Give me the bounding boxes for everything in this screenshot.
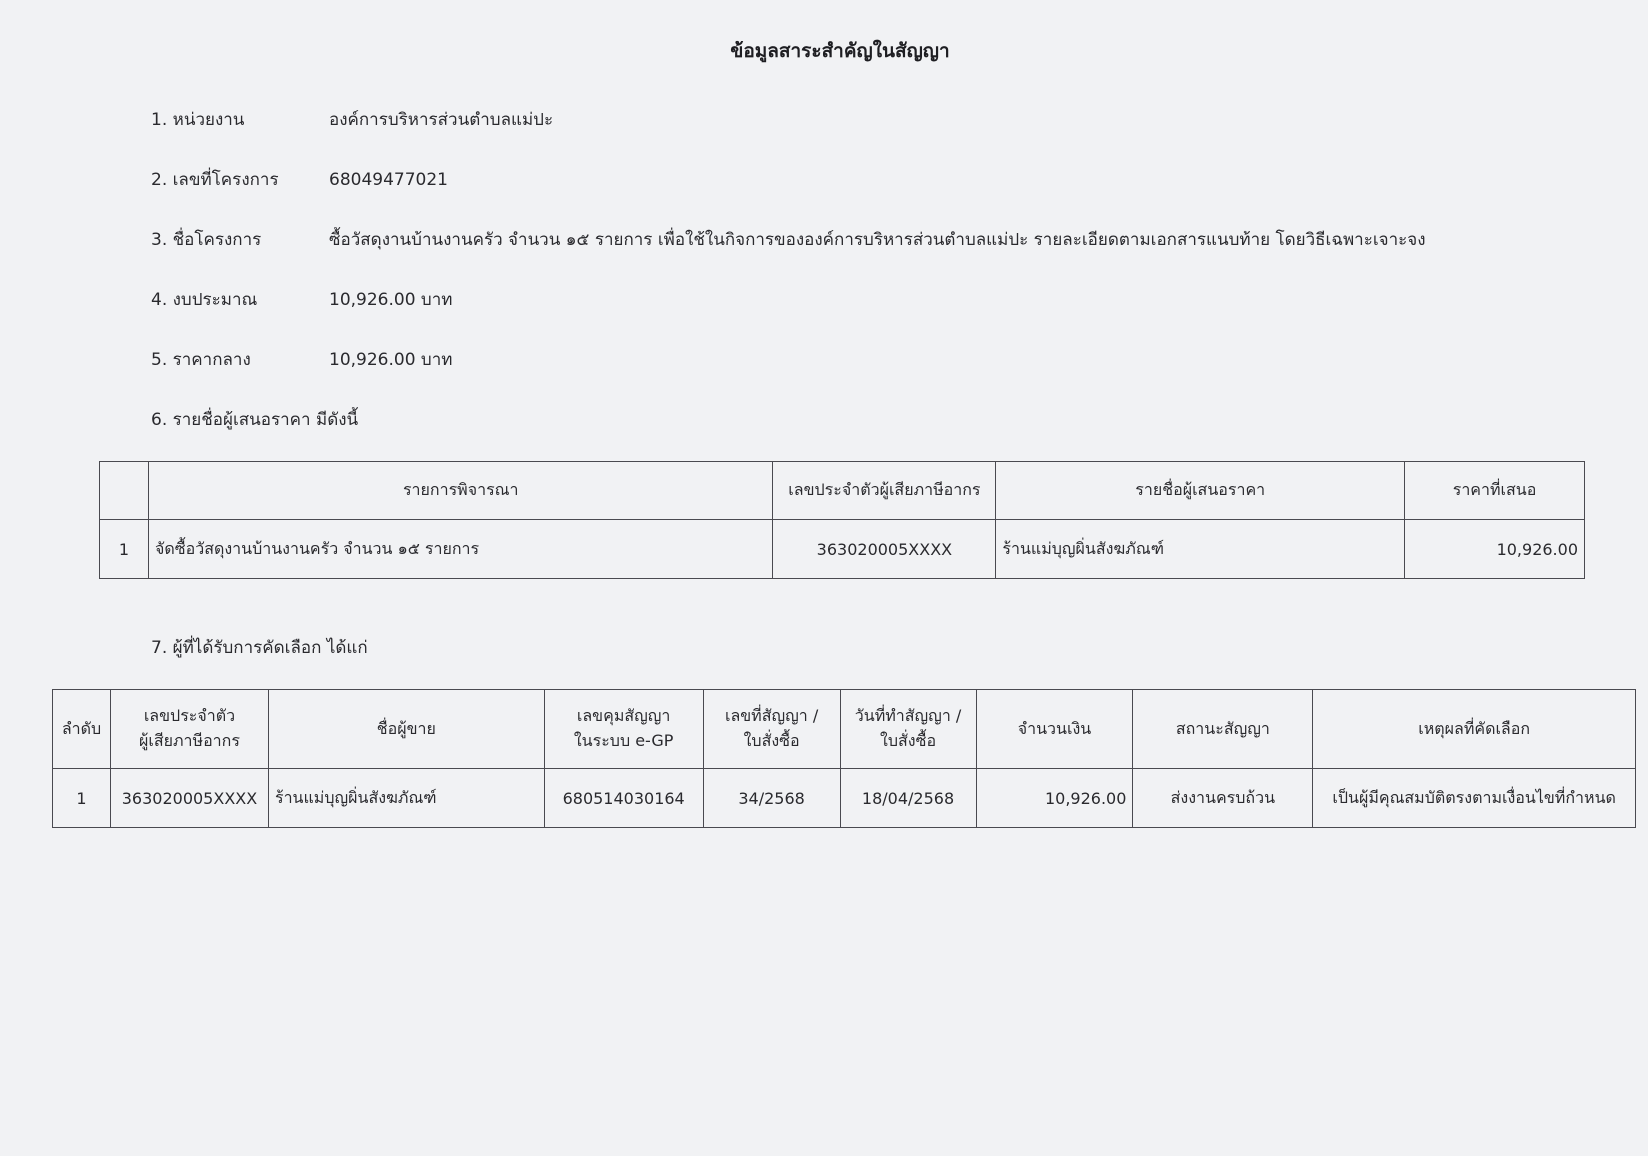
column-header: รายการพิจารณา <box>148 462 772 520</box>
cell-no: 1 <box>100 520 149 579</box>
info-project-name: 3. ชื่อโครงการซื้อวัสดุงานบ้านงานครัว จำ… <box>151 226 1426 253</box>
cell-no: 1 <box>53 769 111 828</box>
column-header: จำนวนเงิน <box>976 690 1133 769</box>
info-agency: 1. หน่วยงานองค์การบริหารส่วนตำบลแม่ปะ <box>151 106 553 133</box>
info-label: 4. งบประมาณ <box>151 286 329 313</box>
section6-heading: 6. รายชื่อผู้เสนอราคา มีดังนี้ <box>151 406 358 433</box>
cell-bidder: ร้านแม่บุญผิ่นสังฆภัณฑ์ <box>996 520 1405 579</box>
table-header-row: รายการพิจารณา เลขประจำตัวผู้เสียภาษีอากร… <box>100 462 1585 520</box>
info-value: 68049477021 <box>329 170 448 190</box>
info-label: 2. เลขที่โครงการ <box>151 166 329 193</box>
cell-amount: 10,926.00 <box>976 769 1133 828</box>
column-header: เลขคุมสัญญาในระบบ e-GP <box>544 690 703 769</box>
info-budget: 4. งบประมาณ10,926.00 บาท <box>151 286 452 313</box>
cell-egp-no: 680514030164 <box>544 769 703 828</box>
cell-status: ส่งงานครบถ้วน <box>1133 769 1313 828</box>
table-row: 1 363020005XXXX ร้านแม่บุญผิ่นสังฆภัณฑ์ … <box>53 769 1636 828</box>
info-value: องค์การบริหารส่วนตำบลแม่ปะ <box>329 106 553 133</box>
column-header: เลขที่สัญญา /ใบสั่งซื้อ <box>703 690 840 769</box>
table-row: 1 จัดซื้อวัสดุงานบ้านงานครัว จำนวน ๑๕ รา… <box>100 520 1585 579</box>
page-title: ข้อมูลสาระสำคัญในสัญญา <box>0 36 1648 66</box>
cell-contract-no: 34/2568 <box>703 769 840 828</box>
cell-item: จัดซื้อวัสดุงานบ้านงานครัว จำนวน ๑๕ รายก… <box>148 520 772 579</box>
column-header: วันที่ทำสัญญา /ใบสั่งซื้อ <box>840 690 976 769</box>
column-header: เหตุผลที่คัดเลือก <box>1313 690 1636 769</box>
info-value: 10,926.00 บาท <box>329 286 452 313</box>
info-value: ซื้อวัสดุงานบ้านงานครัว จำนวน ๑๕ รายการ … <box>329 226 1426 253</box>
table-header-row: ลำดับ เลขประจำตัวผู้เสียภาษีอากร ชื่อผู้… <box>53 690 1636 769</box>
cell-tax-id: 363020005XXXX <box>110 769 268 828</box>
bidders-table: รายการพิจารณา เลขประจำตัวผู้เสียภาษีอากร… <box>99 461 1585 579</box>
info-label: 1. หน่วยงาน <box>151 106 329 133</box>
info-project-number: 2. เลขที่โครงการ68049477021 <box>151 166 448 193</box>
info-label: 5. ราคากลาง <box>151 346 329 373</box>
cell-contract-date: 18/04/2568 <box>840 769 976 828</box>
column-header: ราคาที่เสนอ <box>1405 462 1585 520</box>
cell-tax-id: 363020005XXXX <box>773 520 996 579</box>
column-header: รายชื่อผู้เสนอราคา <box>996 462 1405 520</box>
info-median-price: 5. ราคากลาง10,926.00 บาท <box>151 346 452 373</box>
column-header: ชื่อผู้ขาย <box>268 690 544 769</box>
info-label: 3. ชื่อโครงการ <box>151 226 329 253</box>
selected-vendor-table: ลำดับ เลขประจำตัวผู้เสียภาษีอากร ชื่อผู้… <box>52 689 1636 828</box>
column-header: เลขประจำตัวผู้เสียภาษีอากร <box>110 690 268 769</box>
column-header: สถานะสัญญา <box>1133 690 1313 769</box>
column-header: ลำดับ <box>53 690 111 769</box>
cell-seller: ร้านแม่บุญผิ่นสังฆภัณฑ์ <box>268 769 544 828</box>
column-header: เลขประจำตัวผู้เสียภาษีอากร <box>773 462 996 520</box>
info-value: 10,926.00 บาท <box>329 346 452 373</box>
column-header <box>100 462 149 520</box>
section7-heading: 7. ผู้ที่ได้รับการคัดเลือก ได้แก่ <box>151 634 368 661</box>
cell-price: 10,926.00 <box>1405 520 1585 579</box>
cell-reason: เป็นผู้มีคุณสมบัติตรงตามเงื่อนไขที่กำหนด <box>1313 769 1636 828</box>
